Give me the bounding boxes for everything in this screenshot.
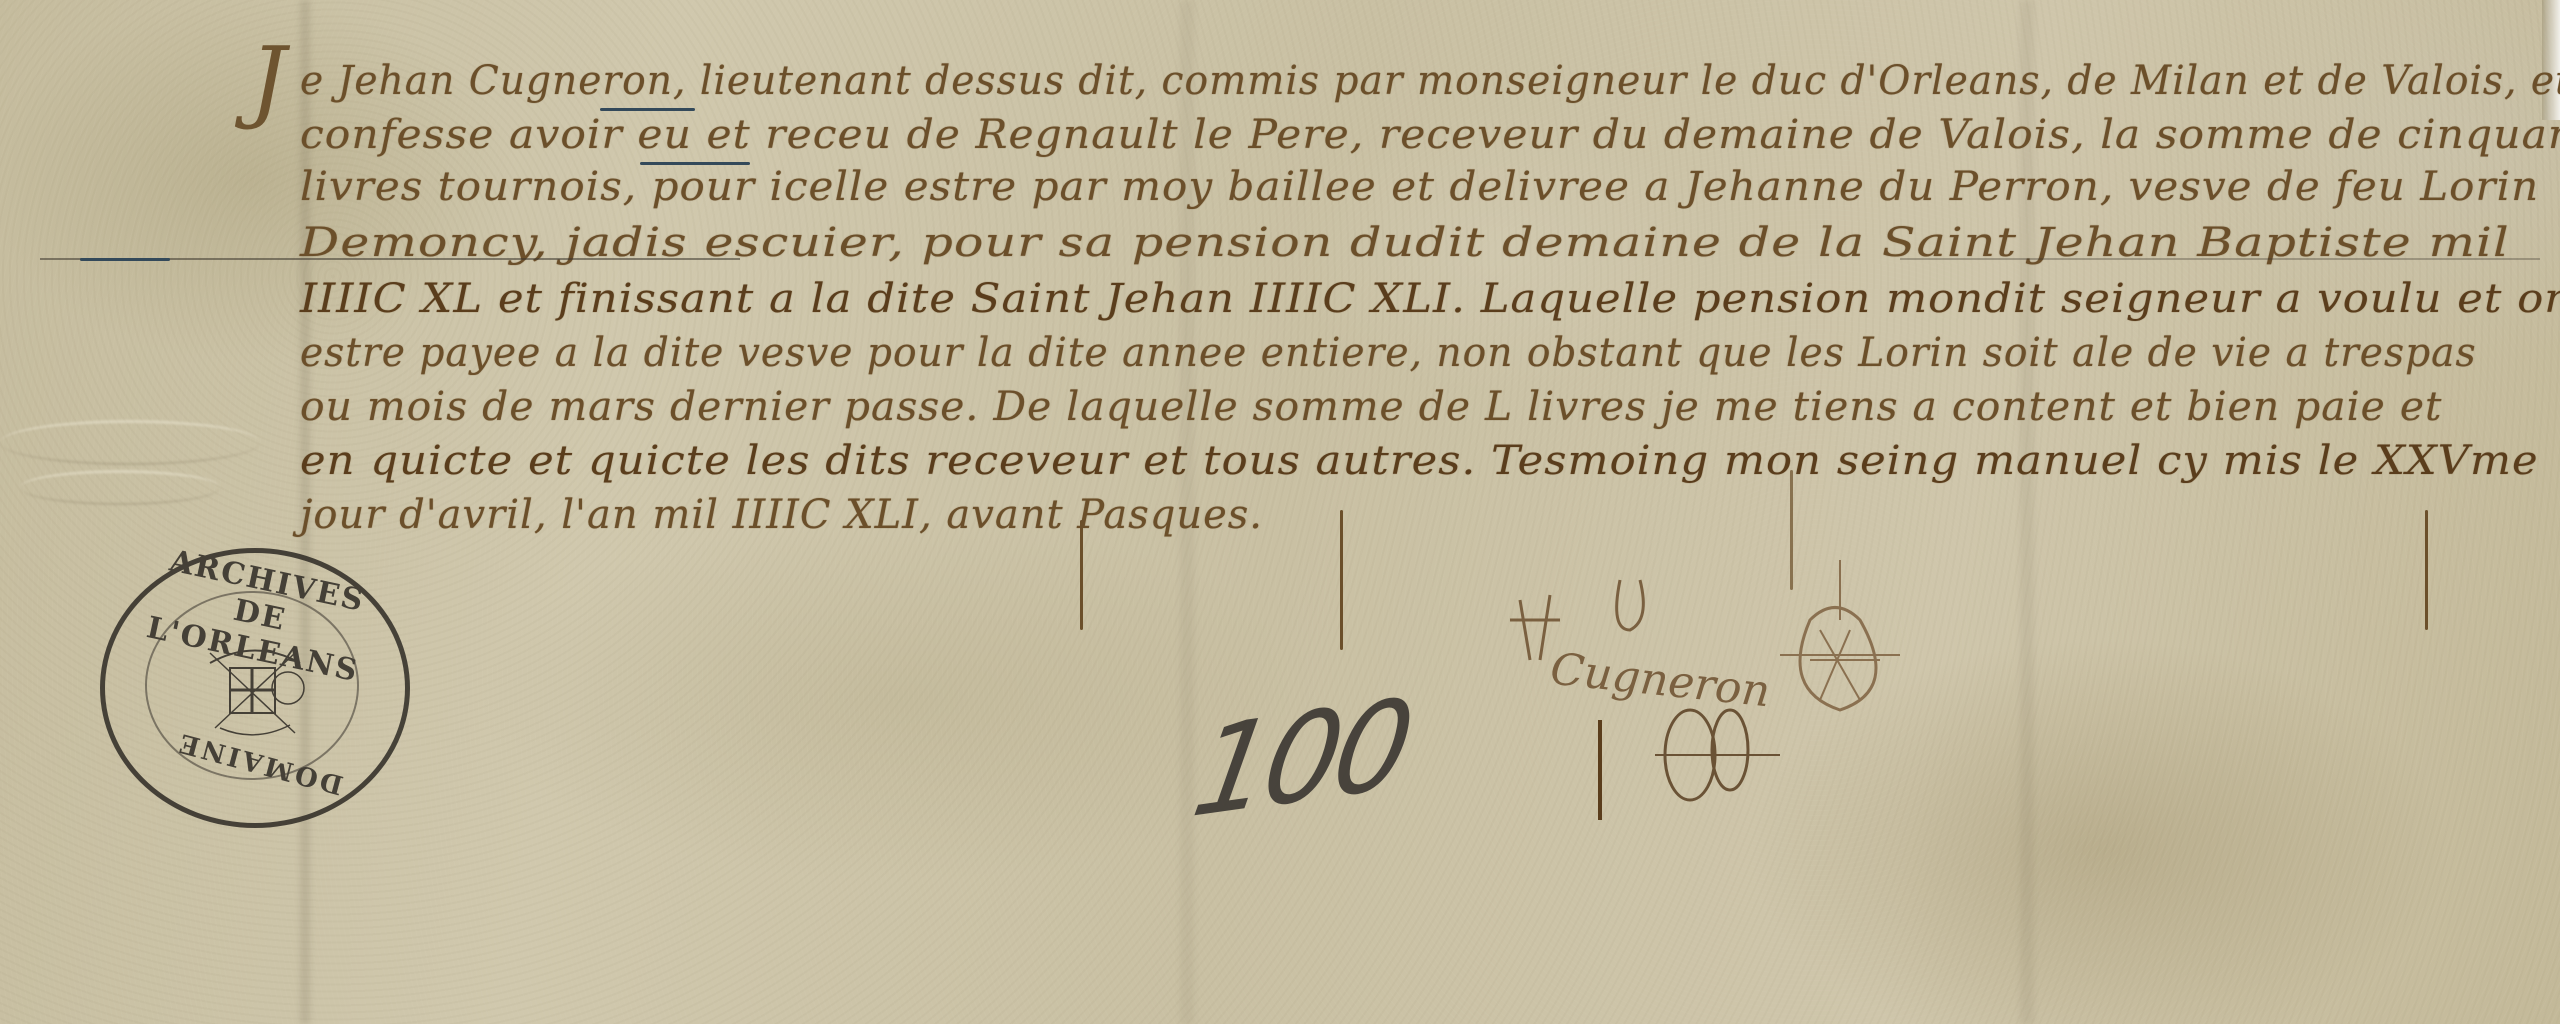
long-descender xyxy=(1080,520,1083,630)
wrinkle xyxy=(20,470,220,505)
text-line-8: en quicte et quicte les dits receveur et… xyxy=(300,438,2539,484)
blue-underline-mark xyxy=(600,108,695,111)
long-descender xyxy=(2425,510,2428,630)
text-line-3: livres tournois, pour icelle estre par m… xyxy=(300,164,2539,210)
text-line-2: confesse avoir eu et receu de Regnault l… xyxy=(300,112,2560,158)
archive-stamp: ARCHIVES DE L'ORLEANS DOMAINE xyxy=(100,548,410,828)
decorated-initial: J xyxy=(250,28,286,133)
ruled-line xyxy=(1900,258,2540,260)
long-descender xyxy=(1340,510,1343,650)
text-line-9: jour d'avril, l'an mil IIIIC XLI, avant … xyxy=(300,492,1263,538)
text-line-5: IIIIC XL et finissant a la dite Saint Je… xyxy=(300,276,2560,322)
coat-of-arms-icon xyxy=(200,633,310,743)
wrinkle xyxy=(0,420,260,465)
text-line-1: e Jehan Cugneron, lieutenant dessus dit,… xyxy=(300,58,2560,104)
signature-block: Cugneron xyxy=(1480,560,1940,820)
text-line-7: ou mois de mars dernier passe. De laquel… xyxy=(300,384,2442,430)
text-line-6: estre payee a la dite vesve pour la dite… xyxy=(300,330,2477,376)
blue-underline-mark xyxy=(80,258,170,261)
